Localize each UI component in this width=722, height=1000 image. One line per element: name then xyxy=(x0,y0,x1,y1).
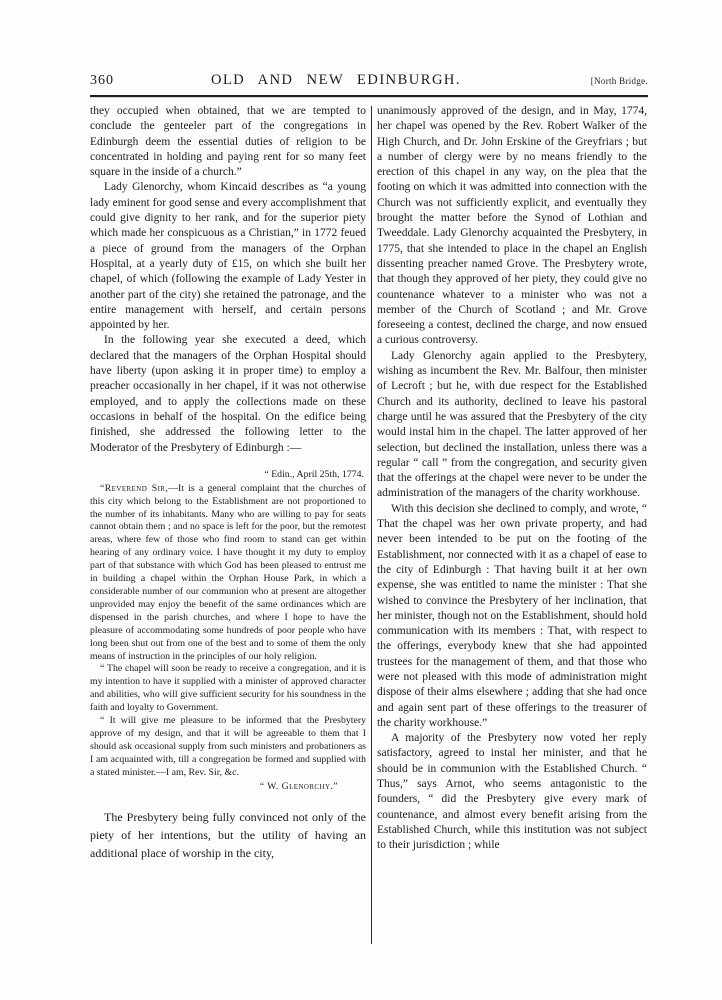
letter-opening-text: —It is a general complaint that the chur… xyxy=(90,483,366,662)
letter-signature: “ W. Glenorchy.” xyxy=(90,781,366,794)
left-column: they occupied when obtained, that we are… xyxy=(90,104,366,944)
right-column: unanimously approved of the design, and … xyxy=(377,104,647,944)
letter-dateline: “ Edin., April 25th, 1774. xyxy=(90,469,366,482)
paragraph: The Presbytery being fully convinced not… xyxy=(90,808,366,862)
page-header: 360 OLD AND NEW EDINBURGH. [North Bridge… xyxy=(90,72,648,92)
column-divider-rule xyxy=(371,106,372,944)
header-rule xyxy=(90,95,648,97)
letter-block: “ Edin., April 25th, 1774. “Reverend Sir… xyxy=(90,469,366,794)
letter-paragraph: “ The chapel will soon be ready to recei… xyxy=(90,663,366,715)
page-content: 360 OLD AND NEW EDINBURGH. [North Bridge… xyxy=(90,72,648,944)
paragraph: Lady Glenorchy, whom Kincaid describes a… xyxy=(90,180,366,333)
paragraph: unanimously approved of the design, and … xyxy=(377,104,647,349)
book-page: 360 OLD AND NEW EDINBURGH. [North Bridge… xyxy=(0,0,722,1000)
paragraph: With this decision she declined to compl… xyxy=(377,502,647,731)
letter-salutation: “Reverend Sir, xyxy=(100,483,168,494)
running-header: [North Bridge. xyxy=(558,76,648,86)
page-title: OLD AND NEW EDINBURGH. xyxy=(114,72,558,89)
paragraph: they occupied when obtained, that we are… xyxy=(90,104,366,180)
paragraph: A majority of the Presbytery now voted h… xyxy=(377,731,647,853)
letter-opening-paragraph: “Reverend Sir,—It is a general complaint… xyxy=(90,483,366,664)
paragraph: Lady Glenorchy again applied to the Pres… xyxy=(377,349,647,502)
paragraph: In the following year she executed a dee… xyxy=(90,333,366,455)
text-columns: they occupied when obtained, that we are… xyxy=(90,104,648,944)
letter-paragraph: “ It will give me pleasure to be informe… xyxy=(90,715,366,780)
page-number: 360 xyxy=(90,73,114,89)
